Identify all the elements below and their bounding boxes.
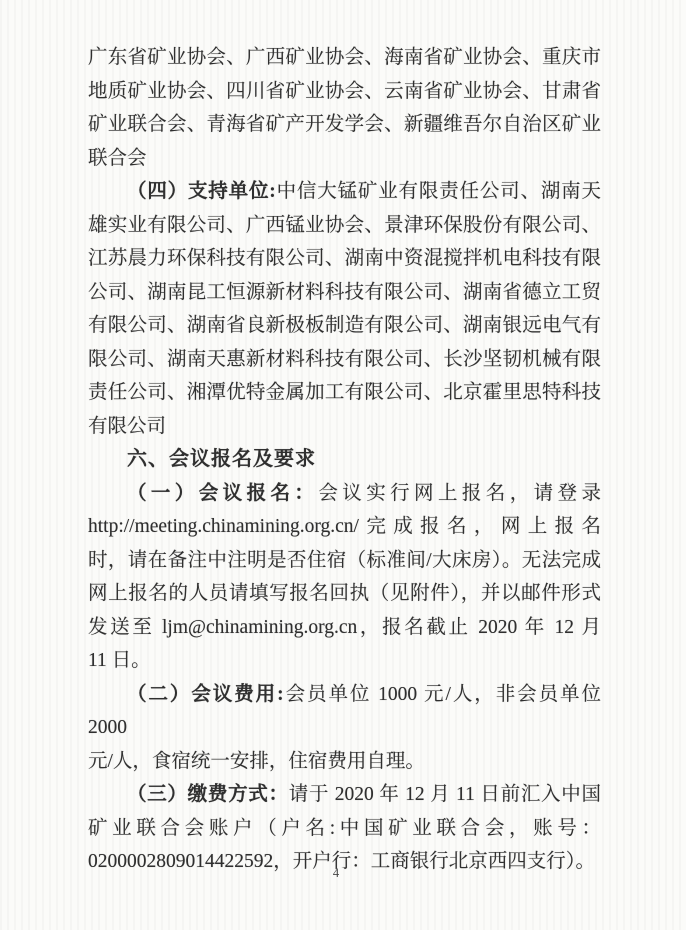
paragraph-line: 矿业联合会账户（户名:中国矿业联合会，账号：: [88, 812, 601, 846]
paragraph-line: 元/人，食宿统一安排，住宿费用自理。: [88, 745, 601, 779]
paragraph-line: 责任公司、湘潭优特金属加工有限公司、北京霍里思特科技: [88, 376, 601, 410]
paragraph-line: 限公司、湖南天惠新材料科技有限公司、长沙坚韧机械有限: [88, 343, 601, 377]
paragraph-line registration-url-line: http://meeting.chinamining.org.cn/完成报名，网…: [88, 510, 601, 544]
paragraph-line: 11 日。: [88, 644, 601, 678]
paragraph-line contact-email-line: 发送至 ljm@chinamining.org.cn，报名截止 2020 年 1…: [88, 611, 601, 645]
paragraph-line: （三）缴费方式：请于 2020 年 12 月 11 日前汇入中国: [88, 778, 601, 812]
paragraph-text: 会议实行网上报名，请登录: [318, 483, 601, 504]
paragraph-line: 时，请在备注中注明是否住宿（标准间/大床房）。无法完成: [88, 544, 601, 578]
paragraph-line: 广东省矿业协会、广西矿业协会、海南省矿业协会、重庆市: [88, 41, 601, 75]
paragraph-line: （一）会议报名：会议实行网上报名，请登录: [88, 477, 601, 511]
paragraph-line: （二）会议费用:会员单位 1000 元/人，非会员单位 2000: [88, 678, 601, 745]
paragraph-line: 雄实业有限公司、广西锰业协会、景津环保股份有限公司、: [88, 209, 601, 243]
paragraph-text: 请于 2020 年 12 月 11 日前汇入中国: [289, 784, 601, 805]
section-label: （四）支持单位:: [127, 181, 276, 202]
section-label: （一）会议报名：: [127, 483, 318, 504]
paragraph-line: 有限公司、湖南省良新极板制造有限公司、湖南银远电气有: [88, 309, 601, 343]
section-label: （二）会议费用:: [127, 684, 284, 705]
section-label: （三）缴费方式：: [127, 784, 289, 805]
page-number: 4: [0, 866, 672, 881]
paragraph-line: 网上报名的人员请填写报名回执（见附件），并以邮件形式: [88, 577, 601, 611]
paragraph-line: 地质矿业协会、四川省矿业协会、云南省矿业协会、甘肃省: [88, 75, 601, 109]
paragraph-line: 联合会: [88, 142, 601, 176]
paragraph-line: 江苏晨力环保科技有限公司、湖南中资混搅拌机电科技有限: [88, 242, 601, 276]
paragraph-line: （四）支持单位:中信大锰矿业有限责任公司、湖南天: [88, 175, 601, 209]
paragraph-text: 中信大锰矿业有限责任公司、湖南天: [276, 181, 601, 202]
paragraph-line: 矿业联合会、青海省矿产开发学会、新疆维吾尔自治区矿业: [88, 108, 601, 142]
paragraph-line: 公司、湖南昆工恒源新材料科技有限公司、湖南省德立工贸: [88, 276, 601, 310]
section-heading: 六、会议报名及要求: [88, 443, 601, 477]
document-page: 广东省矿业协会、广西矿业协会、海南省矿业协会、重庆市 地质矿业协会、四川省矿业协…: [0, 0, 686, 930]
paragraph-line: 有限公司: [88, 410, 601, 444]
body-text: 广东省矿业协会、广西矿业协会、海南省矿业协会、重庆市 地质矿业协会、四川省矿业协…: [88, 41, 601, 879]
